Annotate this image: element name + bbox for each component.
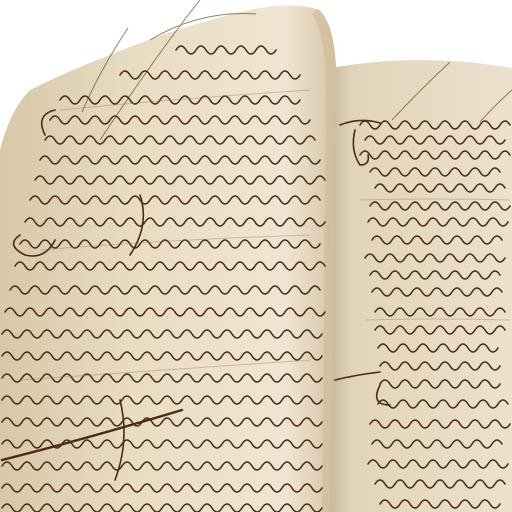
right-page	[330, 60, 512, 512]
manuscript-illustration	[0, 0, 512, 512]
manuscript-photo	[0, 0, 512, 512]
left-page	[0, 5, 336, 512]
